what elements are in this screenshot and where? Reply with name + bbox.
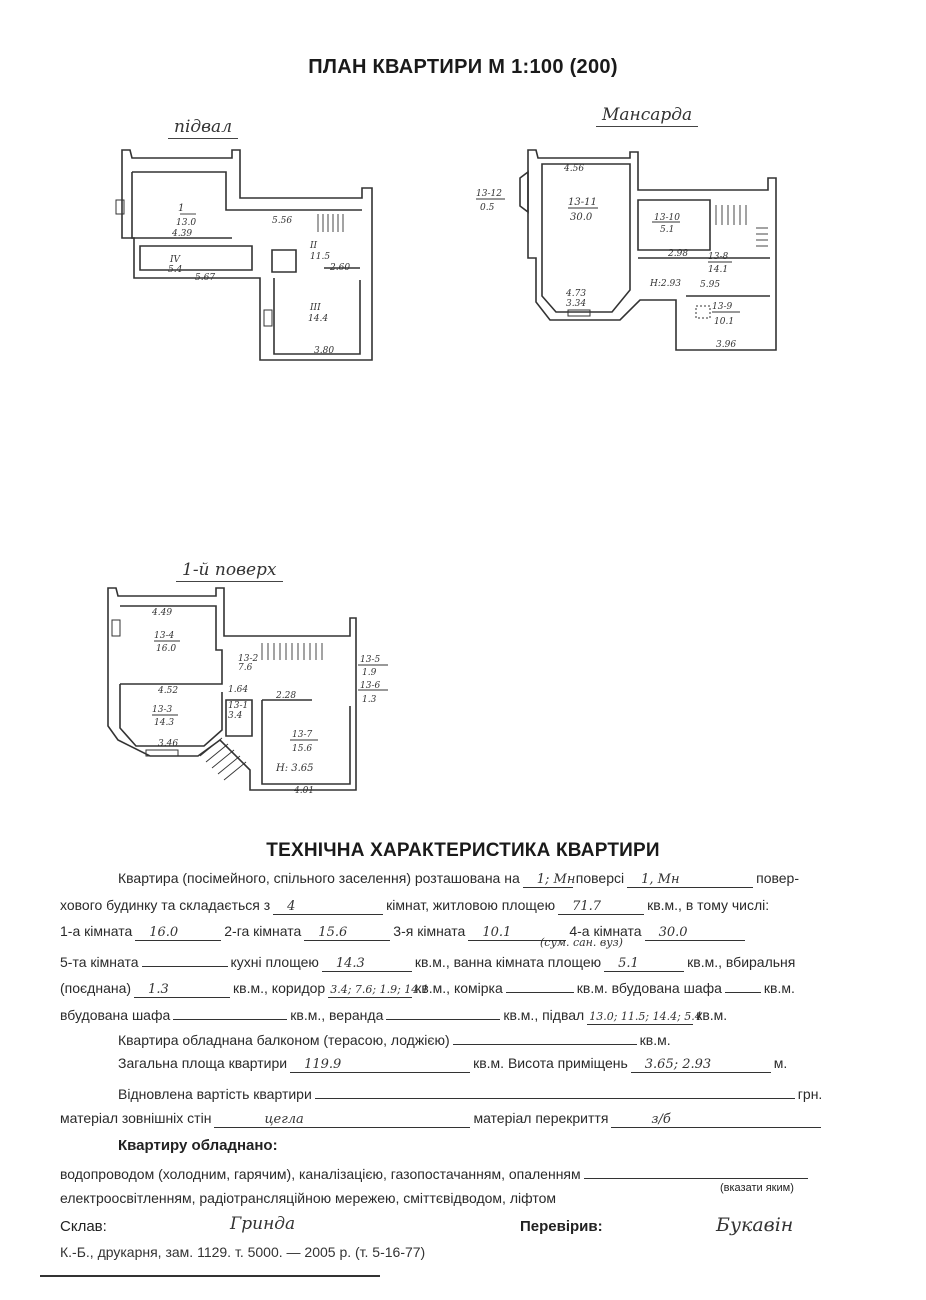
compiled-signature: Гринда xyxy=(230,1214,295,1234)
toilet-area-field[interactable]: 1.3 xyxy=(134,981,230,998)
row-utilities-2: електроосвітленням, радіотрансляційною м… xyxy=(60,1190,556,1206)
floor-field[interactable]: 1; Мн xyxy=(523,871,573,888)
heating-type-field[interactable] xyxy=(584,1162,808,1179)
wall-material-field[interactable]: цегла xyxy=(214,1111,470,1128)
svg-text:7.6: 7.6 xyxy=(238,663,253,673)
row-materials: матеріал зовнішніх стін цегла матеріал п… xyxy=(60,1110,824,1128)
balcony-area-field[interactable] xyxy=(453,1028,637,1045)
kitchen-area-field[interactable]: 14.3 xyxy=(322,955,412,972)
svg-text:14.3: 14.3 xyxy=(154,718,174,728)
svg-text:15.6: 15.6 xyxy=(292,744,312,754)
bathroom-area-field[interactable]: 5.1 xyxy=(604,955,684,972)
builtin-closet-area-field[interactable] xyxy=(173,1003,287,1020)
svg-text:13-3: 13-3 xyxy=(152,705,172,715)
rooms-count-field[interactable]: 4 xyxy=(273,898,383,915)
row-corridor: (поєднана) 1.3 кв.м., коридор 3.4; 7.6; … xyxy=(60,976,795,998)
total-area-field[interactable]: 119.9 xyxy=(290,1056,470,1073)
svg-text:13-6: 13-6 xyxy=(360,681,380,691)
corridor-area-field[interactable]: 3.4; 7.6; 1.9; 14.1 xyxy=(328,981,412,998)
row-rooms: хового будинку та складається з 4 кімнат… xyxy=(60,897,769,915)
row-veranda-basement: вбудована шафа кв.м., веранда кв.м., під… xyxy=(60,1003,727,1025)
row-balcony: Квартира обладнана балконом (терасою, ло… xyxy=(118,1028,671,1048)
svg-text:4.01: 4.01 xyxy=(293,786,314,796)
living-area-field[interactable]: 71.7 xyxy=(558,898,644,915)
floor1-plan: 4.49 13-416.0 4.52 13-314.3 3.46 1.64 13… xyxy=(0,0,926,830)
room5-area-field[interactable] xyxy=(142,950,228,967)
basement-area-field[interactable]: 13.0; 11.5; 14.4; 5.4 xyxy=(587,1008,693,1025)
bottom-divider xyxy=(40,1275,380,1277)
svg-text:13-1: 13-1 xyxy=(228,701,248,711)
checked-signature: Букавін xyxy=(716,1214,793,1236)
ceiling-height-field[interactable]: 3.65; 2.93 xyxy=(631,1056,771,1073)
room1-area-field[interactable]: 16.0 xyxy=(135,924,221,941)
svg-text:3.46: 3.46 xyxy=(158,739,178,749)
equipped-title: Квартиру обладнано: xyxy=(118,1137,278,1154)
restored-value-field[interactable] xyxy=(315,1082,795,1099)
veranda-area-field[interactable] xyxy=(386,1003,500,1020)
svg-text:16.0: 16.0 xyxy=(156,644,176,654)
svg-text:4.49: 4.49 xyxy=(151,608,172,618)
svg-text:13-5: 13-5 xyxy=(360,655,380,665)
bathroom-note: (сум. сан. вуз) xyxy=(540,936,623,949)
svg-text:1.9: 1.9 xyxy=(362,668,377,678)
row-floor-location: Квартира (посімейного, спільного заселен… xyxy=(118,870,799,888)
checked-label: Перевірив: xyxy=(520,1218,603,1235)
floor-material-field[interactable]: з/б xyxy=(611,1111,821,1128)
row-room-areas: 1-а кімната 16.0 2-га кімната 15.6 3-я к… xyxy=(60,923,748,941)
svg-text:4.52: 4.52 xyxy=(157,686,178,696)
specify-hint: (вказати яким) xyxy=(720,1182,794,1194)
row-total-area: Загальна площа квартири 119.9 кв.м. Висо… xyxy=(118,1055,787,1073)
row-value: Відновлена вартість квартири грн. xyxy=(118,1082,822,1102)
building-floors-field[interactable]: 1, Мн xyxy=(627,871,753,888)
svg-text:13-4: 13-4 xyxy=(154,631,174,641)
print-footer: К.-Б., друкарня, зам. 1129. т. 5000. — 2… xyxy=(60,1244,425,1260)
svg-text:2.28: 2.28 xyxy=(275,691,296,701)
room2-area-field[interactable]: 15.6 xyxy=(304,924,390,941)
svg-text:Н: 3.65: Н: 3.65 xyxy=(275,763,314,774)
svg-text:3.4: 3.4 xyxy=(228,711,243,721)
row-utilities: водопроводом (холодним, гарячим), каналі… xyxy=(60,1162,811,1182)
svg-text:13-7: 13-7 xyxy=(292,730,312,740)
compiled-label: Склав: xyxy=(60,1218,107,1235)
svg-text:1.3: 1.3 xyxy=(362,695,377,705)
svg-text:1.64: 1.64 xyxy=(228,685,248,695)
storage-area-field[interactable] xyxy=(506,976,574,993)
row-kitchen-bath: 5-та кімната кухні площею 14.3 кв.м., ва… xyxy=(60,950,795,972)
characteristics-title: ТЕХНІЧНА ХАРАКТЕРИСТИКА КВАРТИРИ xyxy=(0,840,926,862)
room4-area-field[interactable]: 30.0 xyxy=(645,924,745,941)
closet-area-field[interactable] xyxy=(725,976,761,993)
